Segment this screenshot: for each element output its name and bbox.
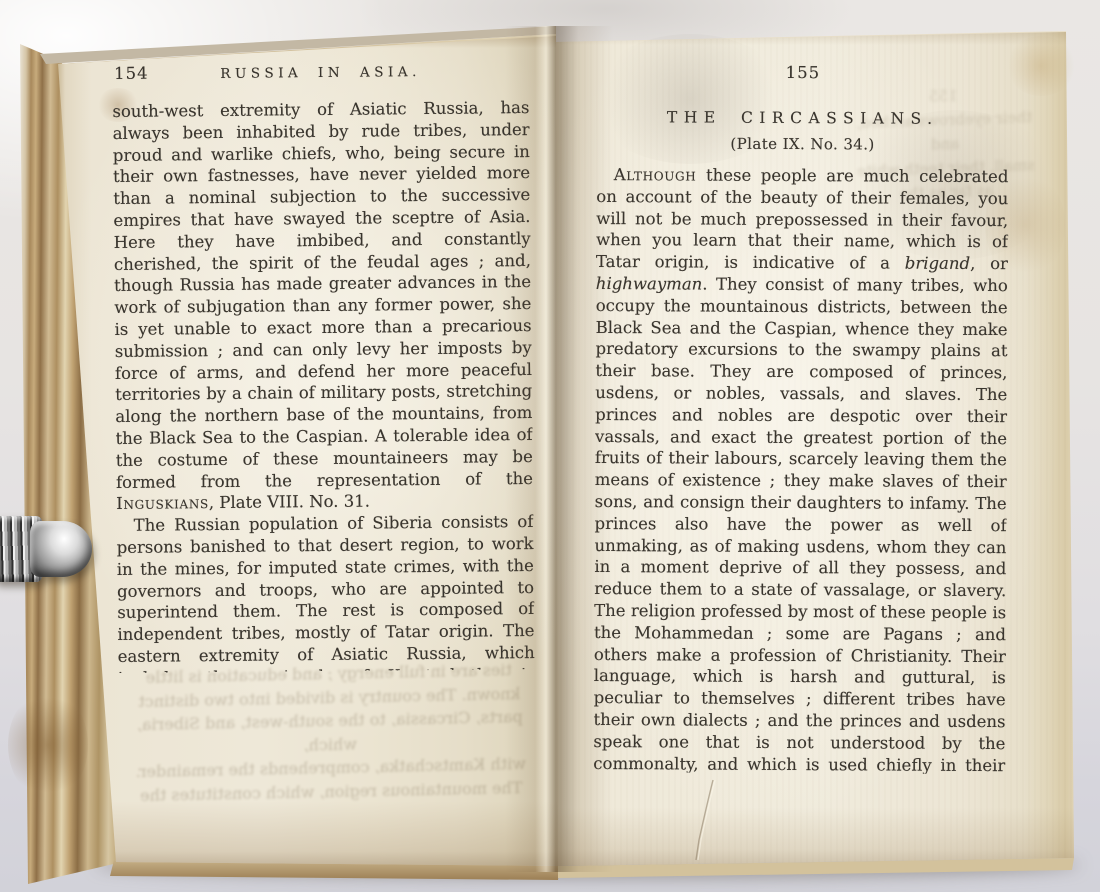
running-header: RUSSIA IN ASIA. — [112, 60, 529, 83]
metal-clasp — [0, 512, 96, 588]
left-page-number: 154 — [114, 64, 149, 83]
right-page-content: 155 THE CIRCASSIANS. (Plate IX. No. 34.)… — [593, 62, 1009, 774]
plate-caption: (Plate IX. No. 34.) — [597, 134, 1009, 154]
left-page-paragraphs: south-west extremity of Asiatic Russia, … — [112, 97, 534, 673]
clasp-head — [30, 521, 92, 577]
paragraph: The Russian population of Siberia consis… — [116, 511, 534, 673]
chapter-title: THE CIRCASSIANS. — [597, 108, 1009, 128]
right-page-number: 155 — [597, 62, 1009, 83]
left-page-content: 154 RUSSIA IN ASIA. south-west extremity… — [112, 60, 535, 673]
right-page-paragraphs: Although these people are much celebrate… — [593, 164, 1008, 774]
paragraph: Although these people are much celebrate… — [593, 164, 1008, 774]
left-page-header: 154 RUSSIA IN ASIA. — [112, 60, 529, 88]
paragraph: south-west extremity of Asiatic Russia, … — [112, 97, 533, 515]
book-photo: ties are in full energy ; and education … — [0, 0, 1100, 892]
